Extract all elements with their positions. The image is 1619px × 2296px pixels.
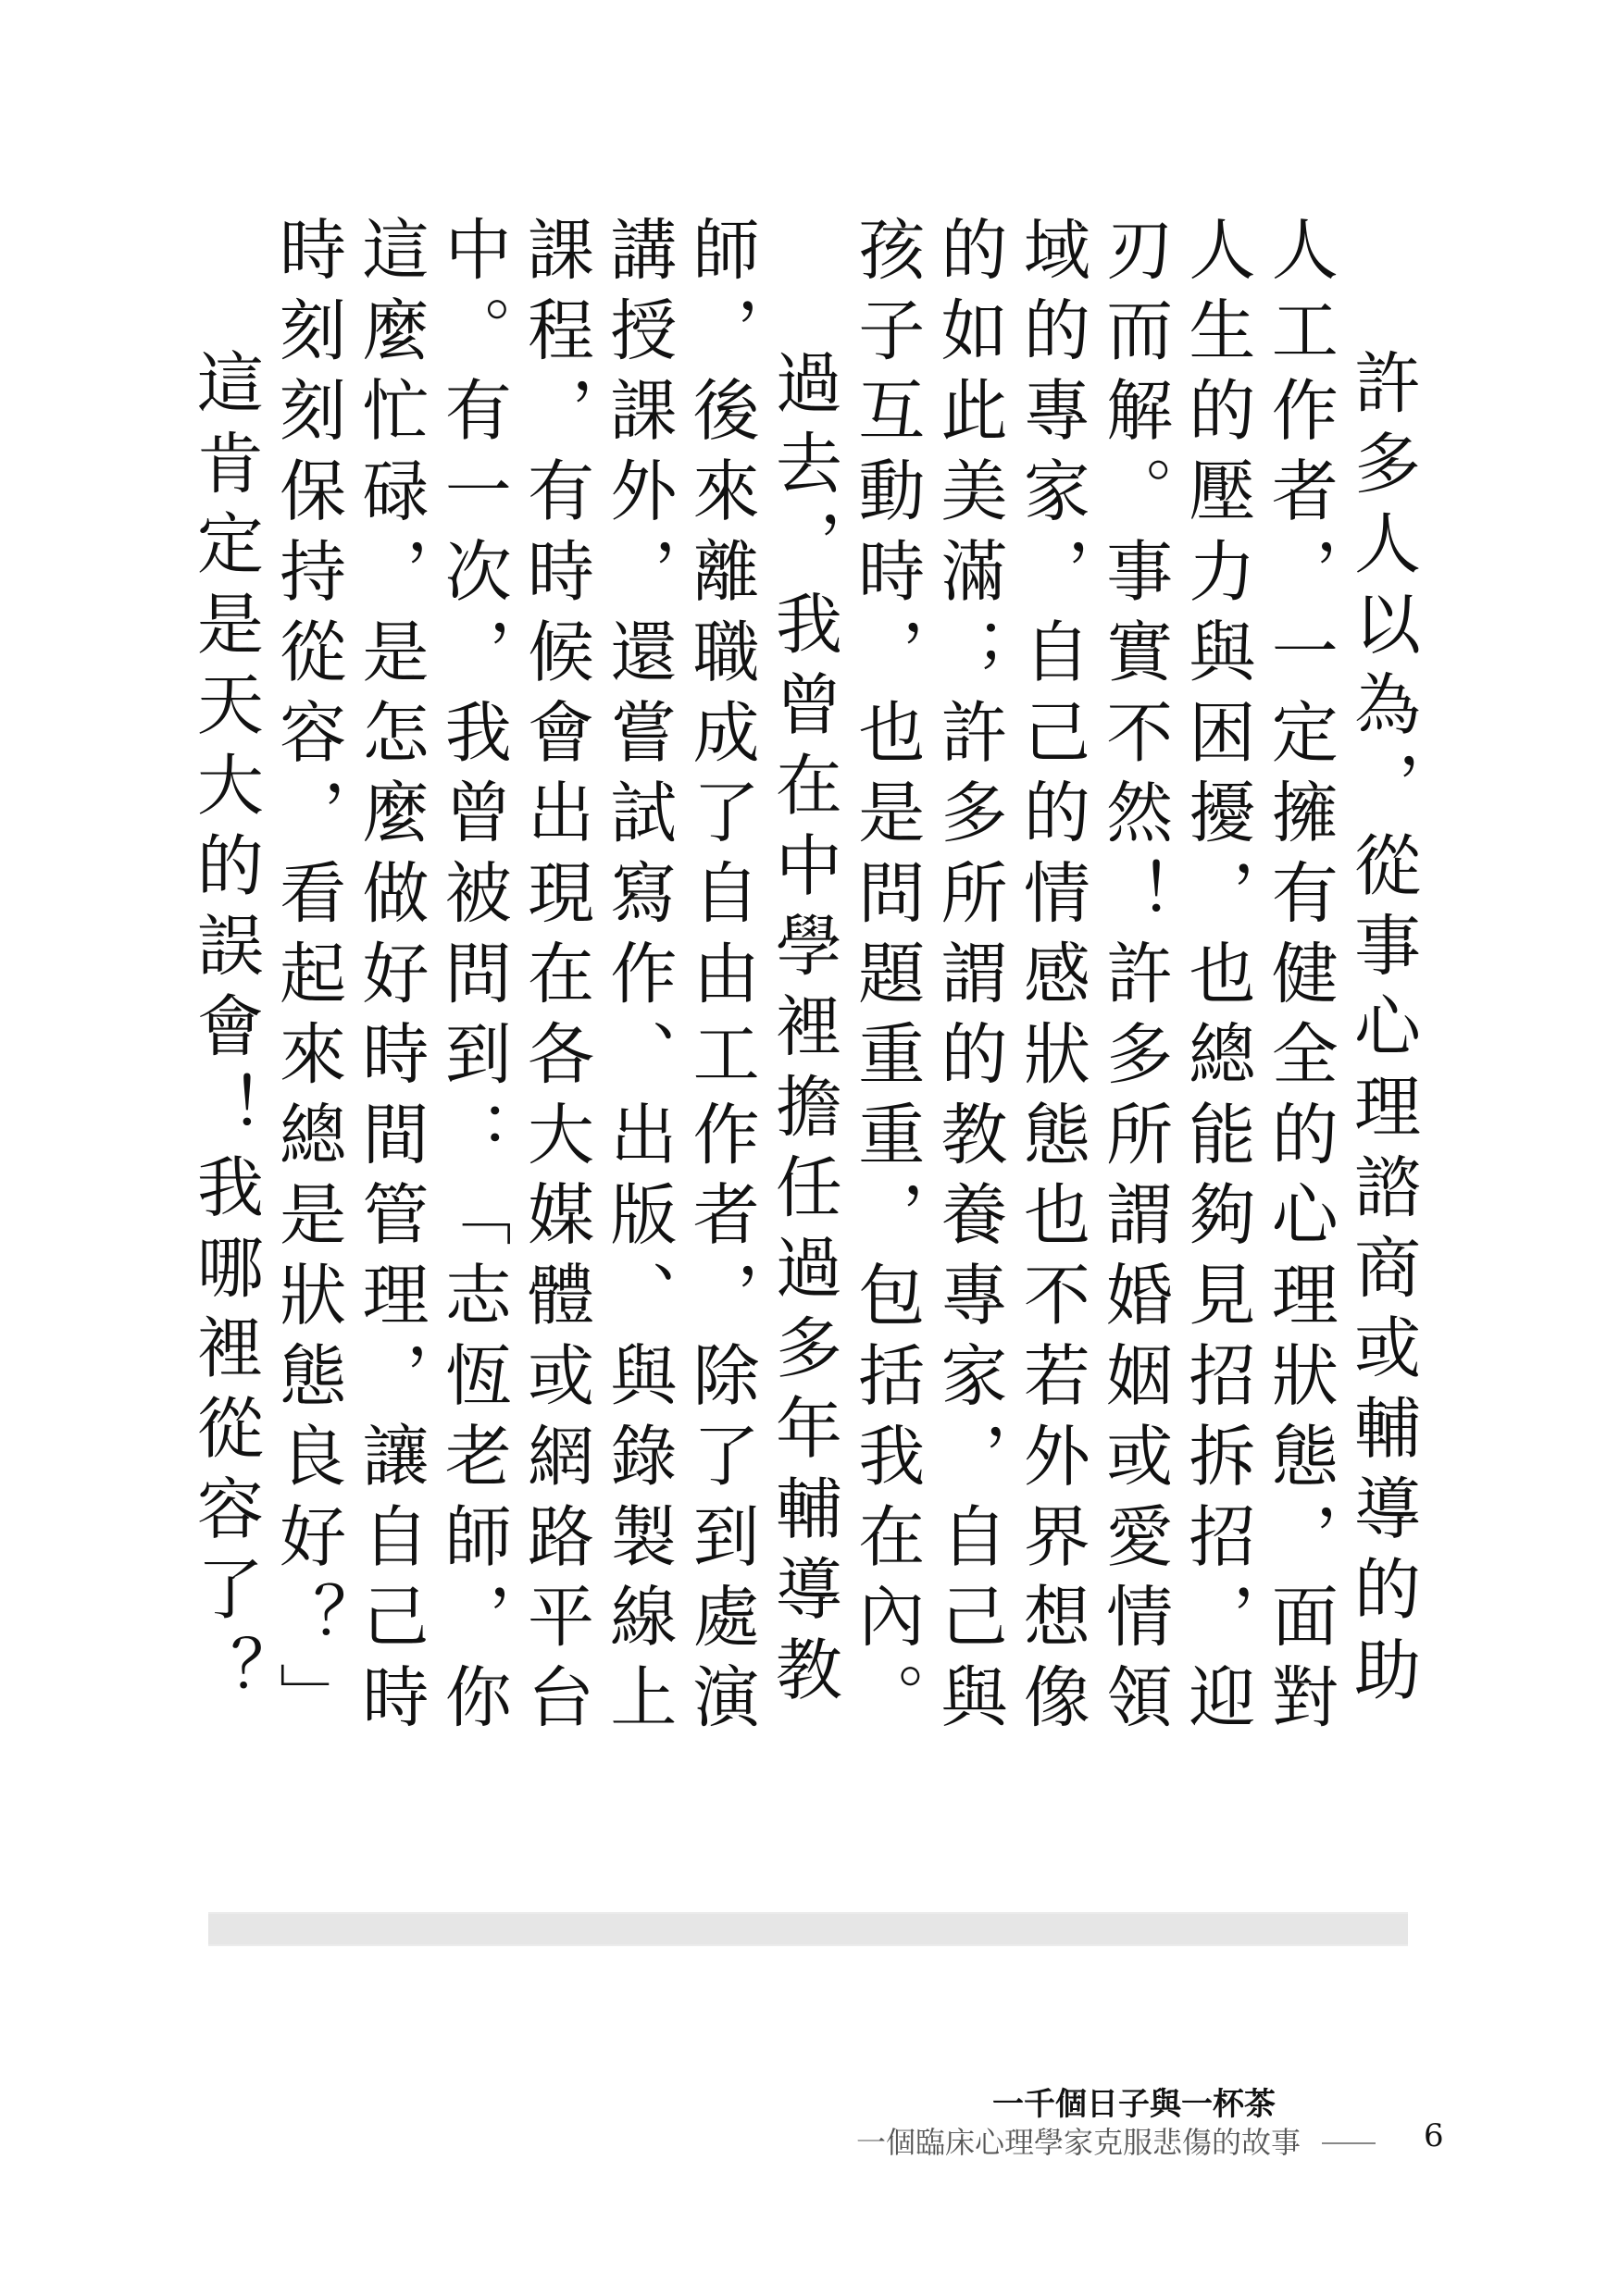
paragraph-2: 過去，我曾在中學裡擔任過多年輔導教師，後來離職成了自由工作者，除了到處演講授課外… (266, 215, 844, 1760)
footer-separator-bar (208, 1912, 1408, 1946)
paragraph-3: 這肯定是天大的誤會！我哪裡從容了？我哪裡狀態良好了？我的時間管理也是一團亂，也常… (192, 215, 266, 1760)
paragraph-1: 許多人以為，從事心理諮商或輔導的助人工作者，一定擁有健全的心理狀態，面對人生的壓… (844, 215, 1423, 1760)
vertical-body-text: 許多人以為，從事心理諮商或輔導的助人工作者，一定擁有健全的心理狀態，面對人生的壓… (192, 215, 1423, 1760)
book-subtitle: 一個臨床心理學家克服悲傷的故事 (856, 2119, 1301, 2162)
footer-rule-line (1322, 2142, 1376, 2144)
page-number: 6 (1424, 2117, 1444, 2154)
book-page: 許多人以為，從事心理諮商或輔導的助人工作者，一定擁有健全的心理狀態，面對人生的壓… (0, 0, 1619, 2296)
book-title: 一千個日子與一杯茶 (992, 2079, 1276, 2124)
